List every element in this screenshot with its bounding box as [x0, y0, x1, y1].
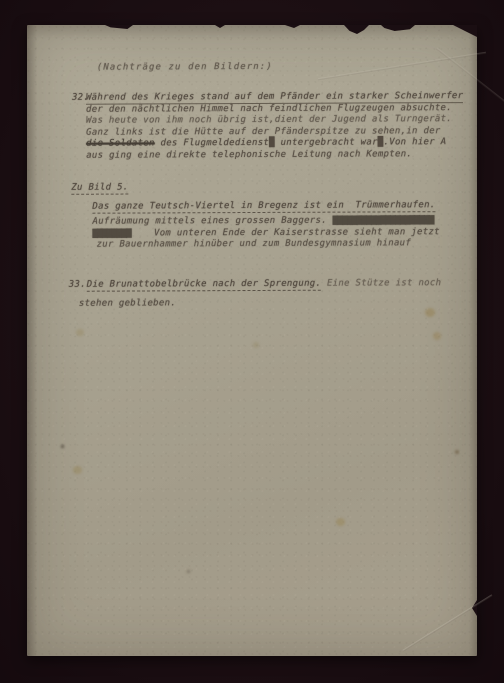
redacted-text: ▇▇▇▇▇▇▇▇: [93, 228, 132, 238]
typed-content: (Nachträge zu den Bildern:) 32. Während …: [26, 24, 479, 657]
underlined-title: Die Brunattobelbrücke nach der Sprengung…: [87, 279, 322, 292]
scan-photo: { "document": { "header": "(Nachträge zu…: [0, 0, 504, 683]
line-text: Vom unteren Ende der Kaiserstrasse sieht…: [131, 227, 440, 238]
bild-5-line-3: ▇▇▇▇▇▇▇▇ Vom unteren Ende der Kaiserstra…: [93, 228, 440, 239]
item-32-line-1: Während des Krieges stand auf dem Pfände…: [86, 92, 463, 103]
item-33-number: 33.: [69, 281, 86, 290]
underlined-heading: Zu Bild 5.: [71, 183, 128, 195]
struck-text: die Soldaten: [86, 138, 155, 148]
page-header: (Nachträge zu den Bildern:): [97, 63, 273, 73]
underlined-title: Das ganze Teutsch-Viertel in Bregenz ist…: [92, 200, 435, 213]
item-32-line-6: aus ging eine direkte telephonische Leit…: [86, 150, 412, 160]
redacted-text: ▇▇▇▇▇▇▇▇▇▇▇▇▇▇▇▇▇▇▇▇▇: [333, 215, 434, 225]
bild-5-line-1: Das ganze Teutsch-Viertel in Bregenz ist…: [92, 201, 435, 211]
line-text: Aufräumung mittels eines grossen Baggers…: [92, 216, 332, 227]
item-33-line-2: stehen geblieben.: [79, 299, 176, 308]
line-text: des Flugmeldedienst█ untergebracht war█.…: [155, 137, 447, 148]
bild-5-heading: Zu Bild 5.: [71, 184, 128, 193]
paper-sheet: (Nachträge zu den Bildern:) 32. Während …: [27, 25, 477, 656]
item-32-line-5: die Soldaten des Flugmeldedienst█ unterg…: [86, 138, 446, 149]
underlined-title: Während des Krieges stand auf dem Pfände…: [86, 91, 463, 104]
line-text: Eine Stütze ist noch: [321, 278, 441, 289]
item-33-line-1: Die Brunattobelbrücke nach der Sprengung…: [87, 279, 442, 290]
item-32-line-3: Was heute von ihm noch übrig ist,dient d…: [86, 115, 452, 126]
item-32-line-2: der den nächtlichen Himmel nach feindlic…: [86, 104, 452, 115]
bild-5-line-2: Aufräumung mittels eines grossen Baggers…: [92, 216, 433, 226]
item-32-line-4: Ganz links ist die Hütte auf der Pfänder…: [86, 127, 441, 138]
bild-5-line-4: zur Bauernhammer hinüber und zum Bundesg…: [97, 239, 412, 249]
